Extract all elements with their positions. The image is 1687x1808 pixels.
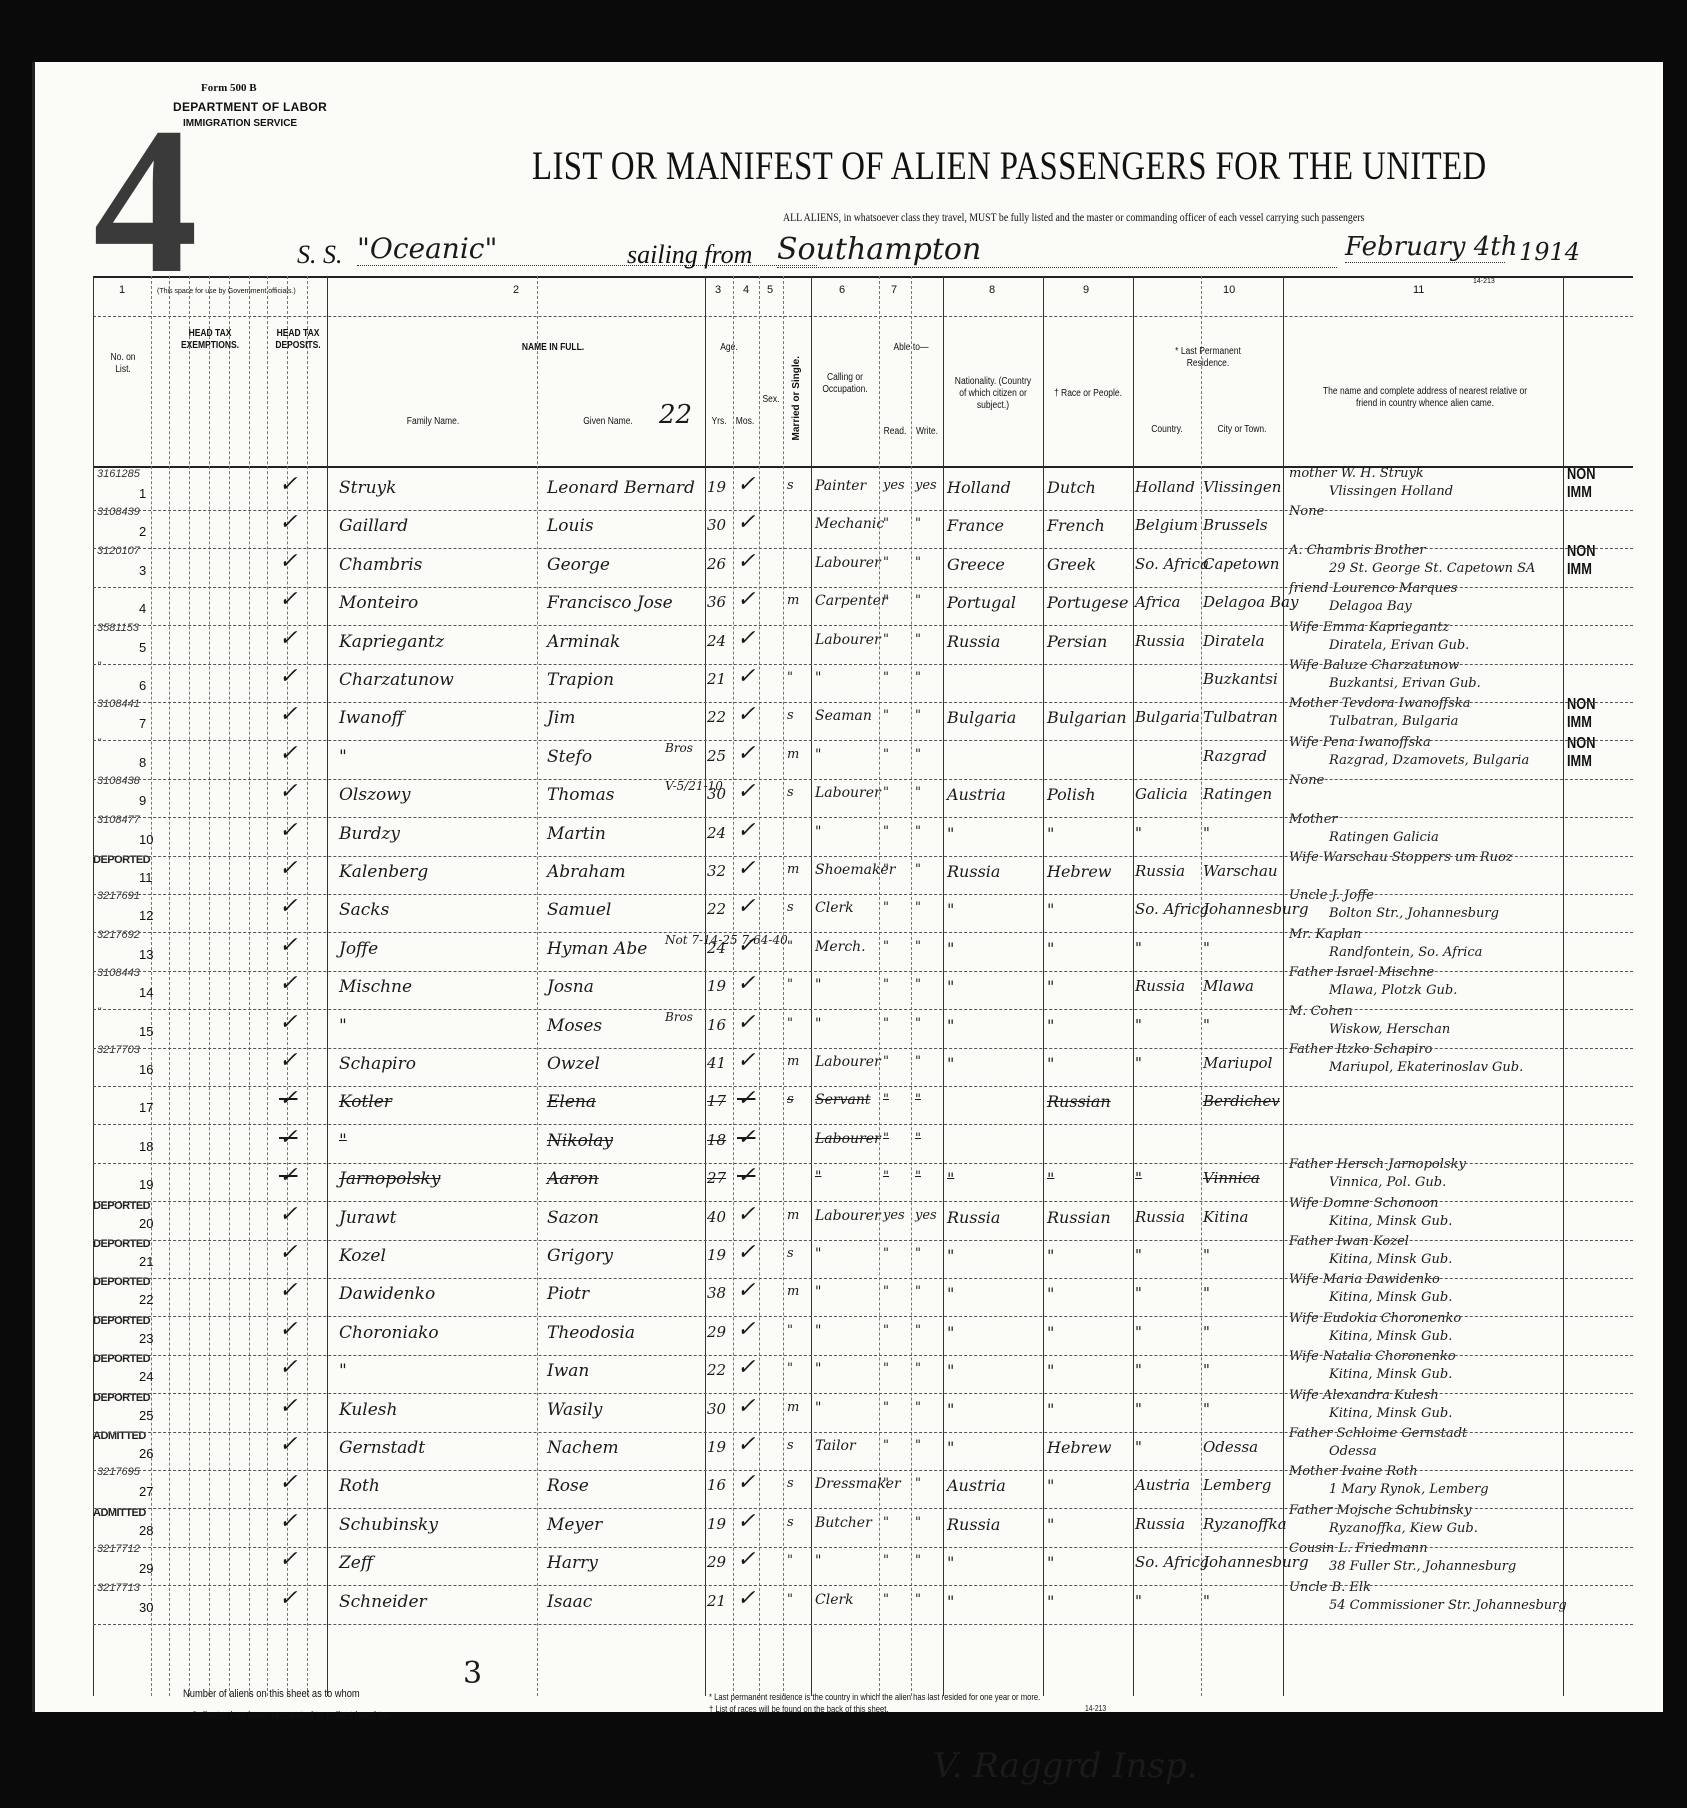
residence-country: So. Africa [1135, 555, 1209, 573]
sex-check-mark: ✓ [737, 779, 755, 804]
can-write: " [915, 593, 921, 608]
sheet-number: 4 [93, 96, 192, 306]
form-number: Form 500 B [201, 82, 257, 94]
marital-status: s [787, 1476, 794, 1491]
residence-city: Brussels [1203, 516, 1268, 534]
race: " [1047, 900, 1054, 919]
residence-country: Russia [1135, 977, 1185, 995]
can-write: " [915, 516, 921, 531]
race: Russian [1047, 1092, 1111, 1111]
residence-country: " [1135, 1323, 1142, 1341]
table-row: DEPORTED 22 ✓ Dawidenko Piotr 38 ✓ m " "… [93, 1278, 1633, 1314]
family-name: Kapriegantz [339, 632, 444, 652]
nationality: France [947, 516, 1004, 535]
residence-country: " [1135, 1246, 1142, 1264]
marital-status: " [787, 977, 793, 992]
family-name: " [339, 1131, 347, 1151]
occupation: Merch. [815, 939, 866, 955]
family-name: Monteiro [339, 593, 418, 613]
family-name-header: Family Name. [391, 416, 476, 428]
row-number: 23 [139, 1331, 153, 1346]
relative-address: Tulbatran, Bulgaria [1329, 714, 1458, 729]
residence-city: Ratingen [1203, 785, 1272, 803]
race: " [1047, 1169, 1054, 1188]
sex-check-mark: ✓ [737, 1125, 755, 1150]
row-number: 16 [139, 1062, 153, 1077]
row-number: 10 [139, 832, 153, 847]
serial-number: 3581153 [97, 622, 139, 634]
sex-check-mark: ✓ [737, 702, 755, 727]
marital-status: " [787, 670, 793, 685]
page-mark: 3 [463, 1656, 482, 1691]
table-row: 3108477 10 ✓ Burdzy Martin 24 ✓ " " " " … [93, 818, 1633, 854]
relative-name: Father Israel Mischne [1289, 965, 1434, 980]
serial-number: " [97, 737, 101, 749]
sex-check-mark: ✓ [737, 587, 755, 612]
nationality: Greece [947, 555, 1005, 574]
can-write: " [915, 1131, 921, 1146]
table-row: 3108439 2 ✓ Gaillard Louis 30 ✓ Mechanic… [93, 510, 1633, 546]
occupation: " [815, 1361, 821, 1377]
col-number-9: 9 [1083, 284, 1089, 296]
occupation: Labourer [815, 1208, 881, 1224]
occupation: Mechanic [815, 516, 884, 532]
race: Russian [1047, 1208, 1111, 1227]
age-years: 21 [707, 670, 726, 688]
read-header: Read. [881, 426, 908, 438]
family-name: Olszowy [339, 785, 410, 805]
head-tax-deposits-header: HEAD TAX DEPOSITS. [273, 328, 322, 352]
serial-number: 3108441 [97, 698, 140, 710]
occupation: Clerk [815, 1592, 854, 1608]
departure-date: February 4th [1345, 232, 1505, 263]
can-read: " [883, 747, 889, 762]
residence-city: Buzkantsi [1203, 670, 1278, 688]
residence-country: " [1135, 1054, 1142, 1072]
residence-city: Lemberg [1203, 1476, 1271, 1494]
can-write: " [915, 824, 921, 839]
col-number-11: 11 [1413, 284, 1424, 296]
residence-country: " [1135, 1284, 1142, 1302]
can-read: " [883, 632, 889, 647]
months-header: Mos. [733, 416, 757, 428]
check-mark: ✓ [279, 856, 297, 881]
can-write: " [915, 1476, 921, 1491]
department-label: DEPARTMENT OF LABOR [173, 100, 327, 114]
row-number: 30 [139, 1600, 153, 1615]
marital-status: s [787, 708, 794, 723]
check-mark: ✓ [279, 1470, 297, 1495]
given-name: Grigory [547, 1246, 613, 1266]
age-years: 26 [707, 555, 726, 573]
check-mark: ✓ [279, 741, 297, 766]
age-years: 30 [707, 1400, 726, 1418]
row-number: 22 [139, 1292, 153, 1307]
can-read: " [883, 1361, 889, 1376]
marital-status: m [787, 593, 799, 608]
occupation: Labourer [815, 785, 881, 801]
relative-name: Wife Alexandra Kulesh [1289, 1388, 1439, 1403]
residence-city: " [1203, 1323, 1210, 1341]
country-header: Country. [1138, 424, 1196, 436]
relative-address: Diratela, Erivan Gub. [1329, 638, 1469, 653]
table-row: 3120107 3 ✓ Chambris George 26 ✓ Laboure… [93, 549, 1633, 585]
able-to-header: Able to— [886, 342, 937, 354]
check-mark: ✓ [279, 1355, 297, 1380]
race: " [1047, 1476, 1054, 1495]
family-name: Kulesh [339, 1400, 397, 1420]
residence-country: " [1135, 939, 1142, 957]
can-read: " [883, 1438, 889, 1453]
relative-name: A. Chambris Brother [1289, 543, 1426, 558]
can-read: " [883, 785, 889, 800]
can-write: " [915, 1553, 921, 1568]
race: " [1047, 1592, 1054, 1611]
relative-name: Mr. Kaplan [1289, 927, 1361, 942]
nationality: " [947, 1400, 954, 1419]
residence-city: " [1203, 1400, 1210, 1418]
residence-country: " [1135, 1592, 1142, 1610]
sex-check-mark: ✓ [737, 1547, 755, 1572]
can-write: " [915, 747, 921, 762]
given-name: Abraham [547, 862, 626, 882]
can-read: " [883, 1131, 889, 1146]
family-name: Dawidenko [339, 1284, 435, 1304]
sex-check-mark: ✓ [737, 818, 755, 843]
race: Greek [1047, 555, 1096, 574]
given-name: Theodosia [547, 1323, 635, 1343]
occupation: Labourer [815, 555, 881, 571]
table-row: 3581153 5 ✓ Kapriegantz Arminak 24 ✓ Lab… [93, 626, 1633, 662]
occupation: " [815, 1169, 821, 1185]
relative-name: Uncle B. Elk [1289, 1580, 1371, 1595]
row-annotation: Bros [665, 741, 693, 755]
residence-country: Russia [1135, 862, 1185, 880]
age-years: 38 [707, 1284, 726, 1302]
nationality: Austria [947, 785, 1006, 804]
family-name: Gaillard [339, 516, 408, 536]
row-number: 8 [139, 755, 146, 770]
family-name: Chambris [339, 555, 422, 575]
government-use-note: (This space for use by Government offici… [157, 288, 327, 295]
check-mark: ✓ [279, 894, 297, 919]
can-write: " [915, 1054, 921, 1069]
relative-name: Father Hersch Jarnopolsky [1289, 1157, 1466, 1172]
age-years: 19 [707, 977, 726, 995]
row-number: 14 [139, 985, 153, 1000]
can-write: " [915, 1438, 921, 1453]
residence-city: Mlawa [1203, 977, 1254, 995]
relative-address: Mariupol, Ekaterinoslav Gub. [1329, 1060, 1523, 1075]
non-immigrant-stamp: NON IMM [1567, 466, 1620, 502]
occupation: Seaman [815, 708, 872, 724]
sex-check-mark: ✓ [737, 1394, 755, 1419]
check-mark: ✓ [279, 1010, 297, 1035]
relative-address: Bolton Str., Johannesburg [1329, 906, 1499, 921]
row-number: 19 [139, 1177, 153, 1192]
race: French [1047, 516, 1105, 535]
occupation: " [815, 824, 821, 840]
relative-address: 54 Commissioner Str. Johannesburg [1329, 1598, 1567, 1613]
family-name: " [339, 1016, 347, 1036]
relative-name: friend Lourenco Marques [1289, 581, 1457, 596]
sex-check-mark: ✓ [737, 894, 755, 919]
age-years: 16 [707, 1016, 726, 1034]
row-annotation: Bros [665, 1010, 693, 1024]
marital-status: " [787, 1361, 793, 1376]
relative-address: Ryzanoffka, Kiew Gub. [1329, 1521, 1478, 1536]
residence-city: " [1203, 1361, 1210, 1379]
check-mark: ✓ [279, 1432, 297, 1457]
family-name: Mischne [339, 977, 412, 997]
nationality: " [947, 1361, 954, 1380]
residence-city: Razgrad [1203, 747, 1267, 765]
relative-name: Wife Warschau Stoppers um Ruoz [1289, 850, 1513, 865]
age-years: 17 [707, 1092, 726, 1110]
relative-name: M. Cohen [1289, 1004, 1353, 1019]
occupation: " [815, 670, 821, 686]
family-name: Jurawt [339, 1208, 396, 1228]
marital-status: s [787, 1246, 794, 1261]
relative-name: Wife Pena Iwanoffska [1289, 735, 1431, 750]
table-row: ADMITTED 28 ✓ Schubinsky Meyer 19 ✓ s Bu… [93, 1509, 1633, 1545]
given-name: Stefo [547, 747, 592, 767]
nationality: " [947, 939, 954, 958]
family-name: Schapiro [339, 1054, 416, 1074]
given-name: Jim [547, 708, 575, 728]
given-name: Nachem [547, 1438, 619, 1458]
name-in-full-header: NAME IN FULL. [468, 342, 638, 354]
residence-country: " [1135, 1400, 1142, 1418]
given-name: Rose [547, 1476, 589, 1496]
sex-check-mark: ✓ [737, 664, 755, 689]
serial-number: 3217691 [97, 890, 140, 902]
age-years: 19 [707, 1438, 726, 1456]
age-years: 22 [707, 708, 726, 726]
col-number-3: 3 [715, 284, 721, 296]
residence-country: So. Africa [1135, 1553, 1209, 1571]
residence-city: Ryzanoffka [1203, 1515, 1287, 1533]
family-name: Kozel [339, 1246, 386, 1266]
can-write: " [915, 862, 921, 877]
serial-number: 3108477 [97, 814, 140, 826]
row-number: 17 [139, 1100, 153, 1115]
relative-address: Kitina, Minsk Gub. [1329, 1290, 1452, 1305]
can-read: " [883, 977, 889, 992]
occupation: Labourer [815, 632, 881, 648]
relative-name: Wife Baluze Charzatunow [1289, 658, 1459, 673]
table-row: DEPORTED 23 ✓ Choroniako Theodosia 29 ✓ … [93, 1317, 1633, 1353]
sex-check-mark: ✓ [737, 549, 755, 574]
can-read: " [883, 1592, 889, 1607]
can-read: " [883, 555, 889, 570]
age-years: 16 [707, 1476, 726, 1494]
table-row: 4 ✓ Monteiro Francisco Jose 36 ✓ m Carpe… [93, 587, 1633, 623]
sex-check-mark: ✓ [737, 1432, 755, 1457]
col-number-1: 1 [119, 284, 125, 296]
relative-name: Father Iwan Kozel [1289, 1234, 1409, 1249]
can-read: " [883, 824, 889, 839]
given-name: Meyer [547, 1515, 602, 1535]
relative-address: 38 Fuller Str., Johannesburg [1329, 1559, 1516, 1574]
nationality: " [947, 1016, 954, 1035]
nationality: " [947, 1438, 954, 1457]
relative-address: 1 Mary Rynok, Lemberg [1329, 1482, 1489, 1497]
row-number: 13 [139, 947, 153, 962]
occupation: " [815, 747, 821, 763]
marital-status: s [787, 1515, 794, 1530]
family-name: Burdzy [339, 824, 400, 844]
check-mark: ✓ [279, 702, 297, 727]
age-years: 41 [707, 1054, 726, 1072]
table-row: DEPORTED 20 ✓ Jurawt Sazon 40 ✓ m Labour… [93, 1202, 1633, 1238]
residence-city: " [1203, 939, 1210, 957]
table-row: DEPORTED 24 ✓ " Iwan 22 ✓ " " " " " " " … [93, 1355, 1633, 1391]
race: Dutch [1047, 478, 1096, 497]
family-name: Kalenberg [339, 862, 428, 882]
relative-address: Mlawa, Plotzk Gub. [1329, 983, 1457, 998]
relative-name: Mother Tevdora Iwanoffska [1289, 696, 1470, 711]
residence-country: Holland [1135, 478, 1195, 496]
residence-country: Belgium [1135, 516, 1198, 534]
serial-number: " [97, 1006, 101, 1018]
footer-code: 14-213 [1085, 1704, 1106, 1713]
occupation: Labourer [815, 1054, 881, 1070]
relative-address: Kitina, Minsk Gub. [1329, 1406, 1452, 1421]
can-read: yes [883, 1208, 905, 1223]
nationality: " [947, 900, 954, 919]
relative-address: Kitina, Minsk Gub. [1329, 1252, 1452, 1267]
relative-name: Wife Emma Kapriegantz [1289, 620, 1449, 635]
family-name: Joffe [339, 939, 378, 959]
family-name: " [339, 747, 347, 767]
row-number: 4 [139, 601, 146, 616]
sex-check-mark: ✓ [737, 856, 755, 881]
sailing-from-label: sailing from [627, 240, 752, 270]
nationality-header: Nationality. (Country of which citizen o… [952, 376, 1034, 412]
check-mark: ✓ [279, 933, 297, 958]
given-name: Piotr [547, 1284, 589, 1304]
occupation-header: Calling or Occupation. [818, 372, 872, 396]
relative-address: 29 St. George St. Capetown SA [1329, 561, 1535, 576]
serial-number: 3161285 [97, 468, 140, 480]
given-name-header: Given Name. [570, 416, 647, 428]
serial-number: 3217713 [97, 1582, 140, 1594]
can-write: " [915, 1284, 921, 1299]
race: " [1047, 1054, 1054, 1073]
family-name: Kotler [339, 1092, 392, 1112]
check-mark: ✓ [279, 510, 297, 535]
sex-check-mark: ✓ [737, 741, 755, 766]
col-number-2: 2 [513, 284, 519, 296]
race: " [1047, 1016, 1054, 1035]
row-number: 25 [139, 1408, 153, 1423]
row-number: 2 [139, 524, 146, 539]
residence-city: Kitina [1203, 1208, 1248, 1226]
age-years: 27 [707, 1169, 726, 1187]
check-mark: ✓ [279, 1240, 297, 1265]
residence-country: Russia [1135, 1515, 1185, 1533]
sex-check-mark: ✓ [737, 971, 755, 996]
can-write: " [915, 1400, 921, 1415]
residence-country: Galicia [1135, 785, 1188, 803]
can-write: " [915, 1016, 921, 1031]
table-row: DEPORTED 21 ✓ Kozel Grigory 19 ✓ s " " "… [93, 1240, 1633, 1276]
relative-name: Wife Natalia Choronenko [1289, 1349, 1456, 1364]
manifest-sheet: 4 Form 500 B DEPARTMENT OF LABOR IMMIGRA… [32, 62, 1663, 1712]
can-read: " [883, 900, 889, 915]
collector-label: Collector has been requested to collect … [191, 1710, 394, 1722]
relative-name: Wife Eudokia Choronenko [1289, 1311, 1461, 1326]
residence-country: Austria [1135, 1476, 1190, 1494]
given-name: Hyman Abe [547, 939, 647, 959]
relative-address: Kitina, Minsk Gub. [1329, 1329, 1452, 1344]
race: Hebrew [1047, 862, 1111, 881]
age-header: Age. [712, 342, 746, 354]
table-row: 3161285 1 ✓ Struyk Leonard Bernard 19 ✓ … [93, 472, 1633, 508]
serial-number: 3217703 [97, 1044, 140, 1056]
residence-city: " [1203, 1592, 1210, 1610]
race: " [1047, 1400, 1054, 1419]
table-row: " 15 ✓ " Moses 16 ✓ " " " " " " " " M. C… [93, 1010, 1633, 1046]
race: " [1047, 824, 1054, 843]
given-name: Thomas [547, 785, 615, 805]
check-mark: ✓ [279, 626, 297, 651]
can-write: " [915, 939, 921, 954]
table-row: 3217691 12 ✓ Sacks Samuel 22 ✓ s Clerk "… [93, 894, 1633, 930]
nationality: Russia [947, 862, 1000, 881]
check-mark: ✓ [279, 1202, 297, 1227]
marital-status: m [787, 1054, 799, 1069]
can-write: " [915, 632, 921, 647]
table-row: 3217712 29 ✓ Zeff Harry 29 ✓ " " " " " "… [93, 1547, 1633, 1583]
residence-country: " [1135, 1361, 1142, 1379]
relative-address: Buzkantsi, Erivan Gub. [1329, 676, 1481, 691]
marital-status: m [787, 1400, 799, 1415]
marital-status: m [787, 1208, 799, 1223]
marital-status: m [787, 747, 799, 762]
relative-name: mother W. H. Struyk [1289, 466, 1424, 481]
row-number: 11 [139, 870, 153, 885]
city-header: City or Town. [1207, 424, 1277, 436]
residence-city: " [1203, 1016, 1210, 1034]
row-number: 29 [139, 1561, 153, 1576]
can-write: " [915, 1323, 921, 1338]
nationality: " [947, 1553, 954, 1572]
can-write: " [915, 670, 921, 685]
can-write: " [915, 1092, 921, 1107]
relative-name: Father Mojsche Schubinsky [1289, 1503, 1472, 1518]
family-name: Gernstadt [339, 1438, 425, 1458]
row-number: 7 [139, 716, 146, 731]
sex-check-mark: ✓ [737, 1086, 755, 1111]
can-write: " [915, 555, 921, 570]
serial-number: 3108443 [97, 967, 140, 979]
given-name: Nikolay [547, 1131, 613, 1151]
can-read: " [883, 670, 889, 685]
given-name: Harry [547, 1553, 598, 1573]
row-number: 24 [139, 1369, 153, 1384]
given-name: Sazon [547, 1208, 599, 1228]
age-years: 24 [707, 632, 726, 650]
sex-check-mark: ✓ [737, 1586, 755, 1611]
inspector-signature: V. Raggrd Insp. [933, 1746, 1198, 1786]
ship-prefix: S. S. [297, 240, 343, 270]
sex-check-mark: ✓ [737, 1355, 755, 1380]
can-write: " [915, 1361, 921, 1376]
given-name: Moses [547, 1016, 602, 1036]
occupation: Labourer [815, 1131, 881, 1147]
